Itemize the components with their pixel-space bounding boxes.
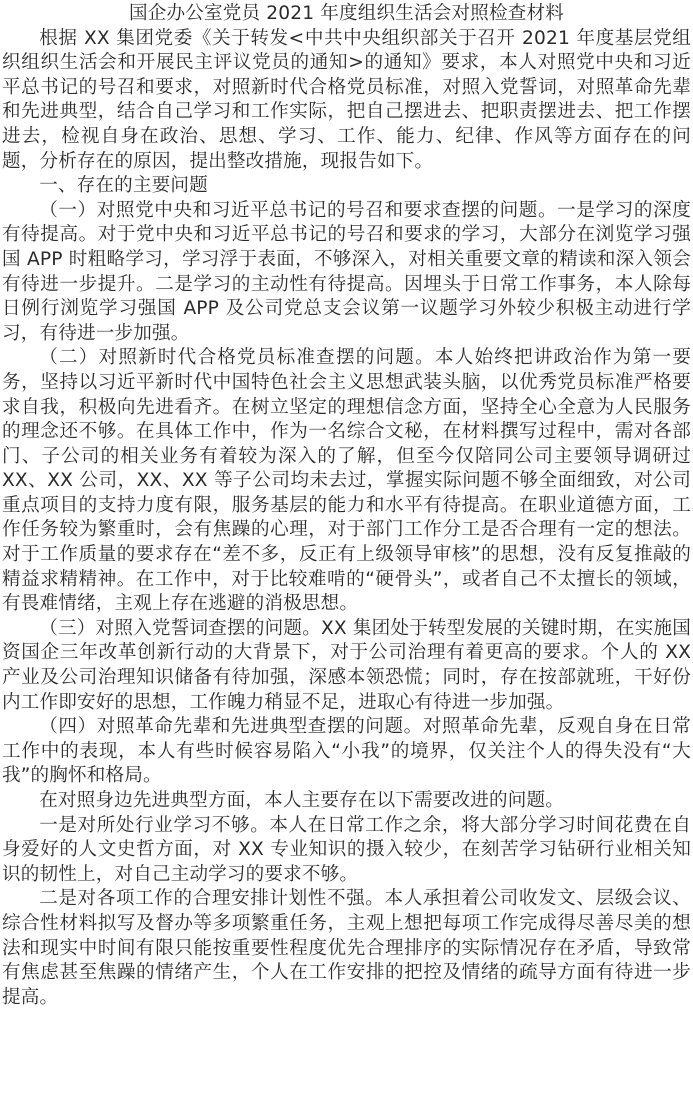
paragraph-problem-2: （二）对照新时代合格党员标准查摆的问题。本人始终把讲政治作为第一要务，坚持以习近… [2,346,691,617]
paragraph-problem-4: （四）对照革命先辈和先进典型查摆的问题。对照革命先辈，反观自身在日常工作中的表现… [2,715,691,789]
document-title: 国企办公室党员 2021 年度组织生活会对照检查材料 [2,2,691,27]
paragraph-problem-1: （一）对照党中央和习近平总书记的号召和要求查摆的问题。一是学习的深度有待提高。对… [2,199,691,347]
document-page: 国企办公室党员 2021 年度组织生活会对照检查材料 根据 XX 集团党委《关于… [0,0,693,1010]
intro-paragraph: 根据 XX 集团党委《关于转发<中共中央组织部关于召开 2021 年度基层党组织… [2,27,691,175]
paragraph-problem-3: （三）对照入党誓词查摆的问题。XX 集团处于转型发展的关键时期，在实施国资国企三… [2,617,691,715]
paragraph-issue-one: 一是对所处行业学习不够。本人在日常工作之余，将大部分学习时间花费在自身爱好的人文… [2,814,691,888]
section-heading-main-problems: 一、存在的主要问题 [2,174,691,199]
paragraph-advanced-models-intro: 在对照身边先进典型方面，本人主要存在以下需要改进的问题。 [2,789,691,814]
paragraph-issue-two: 二是对各项工作的合理安排计划性不强。本人承担着公司收发文、层级会议、综合性材料拟… [2,887,691,1010]
